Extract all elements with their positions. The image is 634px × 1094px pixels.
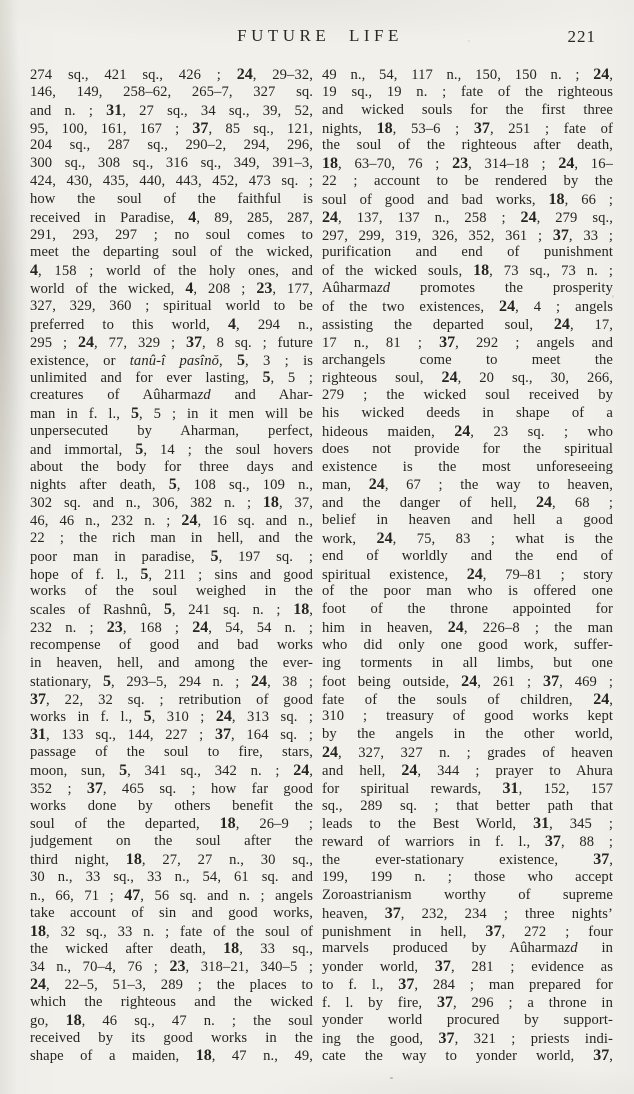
page-header: FUTURE LIFE 221 [30, 26, 610, 48]
index-text-line: 291, 293, 297 ; no soul comes to [30, 227, 313, 245]
index-text-line: 300 sq., 308 sq., 316 sq., 349, 391–3, [30, 155, 313, 173]
index-text-line: third night, 18, 27, 27 n., 30 sq., [30, 851, 313, 869]
index-text-line: 46, 46 n., 232 n. ; 24, 16 sq. and n., [30, 512, 313, 530]
index-text-line: assisting the departed soul, 24, 17, [322, 316, 613, 334]
index-text-line: judgement on the soul after the [30, 833, 313, 851]
index-text-line: to f. l., 37, 284 ; man prepared for [322, 976, 613, 994]
index-text-line: 34 n., 70–4, 76 ; 23, 318–21, 340–5 ; [30, 958, 313, 976]
index-text-line: hideous maiden, 24, 23 sq. ; who [322, 423, 613, 441]
index-text-line: 204 sq., 287 sq., 290–2, 294, 296, [30, 137, 313, 155]
index-text-line: belief in heaven and hell a good [322, 512, 613, 530]
index-text-line: Aûharmazd promotes the prosperity [322, 280, 613, 298]
index-text-line: 274 sq., 421 sq., 426 ; 24, 29–32, [30, 66, 313, 84]
index-text-line: existence, or tanû-î pasînŏ, 5, 3 ; is [30, 352, 313, 370]
index-text-line: reward of warriors in f. l., 37, 88 ; [322, 833, 613, 851]
index-text-line: go, 18, 46 sq., 47 n. ; the soul [30, 1012, 313, 1030]
index-text-line: 49 n., 54, 117 n., 150, 150 n. ; 24, [322, 66, 613, 84]
index-text-line: 22 ; the rich man in hell, and the [30, 530, 313, 548]
index-text-line: existence is the most unforeseeing [322, 459, 613, 477]
index-text-line: 146, 149, 258–62, 265–7, 327 sq. [30, 84, 313, 102]
index-text-line: and immortal, 5, 14 ; the soul hovers [30, 441, 313, 459]
index-text-line: 327, 329, 360 ; spiritual world to be [30, 298, 313, 316]
index-text-line: 24, 137, 137 n., 258 ; 24, 279 sq., [322, 209, 613, 227]
index-text-line: 352 ; 37, 465 sq. ; how far good [30, 780, 313, 798]
index-text-line: stationary, 5, 293–5, 294 n. ; 24, 38 ; [30, 673, 313, 691]
index-text-line: preferred to this world, 4, 294 n., [30, 316, 313, 334]
index-text-line: 24, 327, 327 n. ; grades of heaven [322, 744, 613, 762]
index-text-line: poor man in paradise, 5, 197 sq. ; [30, 548, 313, 566]
index-text-line: passage of the soul to fire, stars, [30, 744, 313, 762]
index-text-line: of the wicked souls, 18, 73 sq., 73 n. ; [322, 262, 613, 280]
index-text-line: and the danger of hell, 24, 68 ; [322, 494, 613, 512]
index-text-line: 424, 430, 435, 440, 443, 452, 473 sq. ; [30, 173, 313, 191]
index-text-line: how the soul of the faithful is [30, 191, 313, 209]
index-text-line: the soul of the righteous after death, [322, 137, 613, 155]
index-text-line: the ever-stationary existence, 37, [322, 851, 613, 869]
book-page: FUTURE LIFE 221 274 sq., 421 sq., 426 ; … [0, 0, 634, 1094]
index-text-line: does not provide for the spiritual [322, 441, 613, 459]
index-text-line: works in f. l., 5, 310 ; 24, 313 sq. ; [30, 708, 313, 726]
index-text-line: ing torments in all limbs, but one [322, 655, 613, 673]
index-text-line: 31, 133 sq., 144, 227 ; 37, 164 sq. ; [30, 726, 313, 744]
index-text-line: the wicked after death, 18, 33 sq., [30, 940, 313, 958]
index-text-line: 17 n., 81 ; 37, 292 ; angels and [322, 334, 613, 352]
index-text-line: hope of f. l., 5, 211 ; sins and good [30, 566, 313, 584]
index-text-line: fate of the souls of children, 24, [322, 691, 613, 709]
index-text-line: of the poor man who is offered one [322, 583, 613, 601]
index-text-line: nights, 18, 53–6 ; 37, 251 ; fate of [322, 120, 613, 138]
index-text-line: n., 66, 71 ; 47, 56 sq. and n. ; angels [30, 887, 313, 905]
index-text-line: man in f. l., 5, 5 ; in it men will be [30, 405, 313, 423]
index-text-line: 232 n. ; 23, 168 ; 24, 54, 54 n. ; [30, 619, 313, 637]
index-text-line: 199, 199 n. ; those who accept [322, 869, 613, 887]
index-text-line: meet the departing soul of the wicked, [30, 244, 313, 262]
index-column-left: 274 sq., 421 sq., 426 ; 24, 29–32,146, 1… [30, 66, 313, 1065]
index-text-line: f. l. by fire, 37, 296 ; a throne in [322, 994, 613, 1012]
index-text-line: of the two existences, 24, 4 ; angels [322, 298, 613, 316]
index-text-line: works done by others benefit the [30, 798, 313, 816]
index-text-line: and wicked souls for the first three [322, 102, 613, 120]
index-text-line: world of the wicked, 4, 208 ; 23, 177, [30, 280, 313, 298]
index-text-line: Zoroastrianism worthy of supreme [322, 887, 613, 905]
index-text-line: take account of sin and good works, [30, 905, 313, 923]
index-text-line: ing the good, 37, 321 ; priests indi- [322, 1030, 613, 1048]
index-text-line: end of worldly and the end of [322, 548, 613, 566]
index-text-line: about the body for three days and [30, 459, 313, 477]
index-text-line: 18, 63–70, 76 ; 23, 314–18 ; 24, 16– [322, 155, 613, 173]
index-text-line: 302 sq. and n., 306, 382 n. ; 18, 37, [30, 494, 313, 512]
index-text-line: 279 ; the wicked soul received by [322, 387, 613, 405]
index-text-line: 297, 299, 319, 326, 352, 361 ; 37, 33 ; [322, 227, 613, 245]
index-text-line: works of the soul weighed in the [30, 583, 313, 601]
index-text-line: 295 ; 24, 77, 329 ; 37, 8 sq. ; future [30, 334, 313, 352]
index-text-line: purification and end of punishment [322, 244, 613, 262]
index-text-line: archangels come to meet the [322, 352, 613, 370]
index-text-line: yonder world, 37, 281 ; evidence as [322, 958, 613, 976]
index-text-line: recompense of good and bad works [30, 637, 313, 655]
index-text-line: nights after death, 5, 108 sq., 109 n., [30, 476, 313, 494]
index-text-line: 22 ; account to be rendered by the [322, 173, 613, 191]
index-text-line: creatures of Aûharmazd and Ahar- [30, 387, 313, 405]
index-text-line: who did only one good work, suffer- [322, 637, 613, 655]
index-text-line: shape of a maiden, 18, 47 n., 49, [30, 1047, 313, 1065]
index-text-line: received by its good works in the [30, 1030, 313, 1048]
index-text-line: spiritual existence, 24, 79–81 ; story [322, 566, 613, 584]
page-number: 221 [568, 27, 597, 47]
index-text-line: scales of Rashnû, 5, 241 sq. n. ; 18, [30, 601, 313, 619]
index-text-line: soul of good and bad works, 18, 66 ; [322, 191, 613, 209]
index-text-line: sq., 289 sq. ; that better path that [322, 798, 613, 816]
index-text-line: 4, 158 ; world of the holy ones, and [30, 262, 313, 280]
index-text-line: foot of the throne appointed for [322, 601, 613, 619]
index-text-line: 24, 22–5, 51–3, 289 ; the places to [30, 976, 313, 994]
index-text-line: man, 24, 67 ; the way to heaven, [322, 476, 613, 494]
index-text-line: punishment in hell, 37, 272 ; four [322, 923, 613, 941]
index-text-line: unpersecuted by Aharman, perfect, [30, 423, 313, 441]
index-text-line: and n. ; 31, 27 sq., 34 sq., 39, 52, [30, 102, 313, 120]
index-text-line: in heaven, hell, and among the ever- [30, 655, 313, 673]
index-text-line: soul of the departed, 18, 26–9 ; [30, 815, 313, 833]
index-text-line: 30 n., 33 sq., 33 n., 54, 61 sq. and [30, 869, 313, 887]
index-text-line: cate the way to yonder world, 37, [322, 1047, 613, 1065]
index-text-line: 19 sq., 19 n. ; fate of the righteous [322, 84, 613, 102]
index-text-line: heaven, 37, 232, 234 ; three nights’ [322, 905, 613, 923]
index-text-line: 37, 22, 32 sq. ; retribution of good [30, 691, 313, 709]
index-text-line: 310 ; treasury of good works kept [322, 708, 613, 726]
index-column-right: 49 n., 54, 117 n., 150, 150 n. ; 24,19 s… [322, 66, 613, 1065]
index-text-line: for spiritual rewards, 31, 152, 157 [322, 780, 613, 798]
index-text-line: and hell, 24, 344 ; prayer to Ahura [322, 762, 613, 780]
index-text-line: leads to the Best World, 31, 345 ; [322, 815, 613, 833]
index-text-line: moon, sun, 5, 341 sq., 342 n. ; 24, [30, 762, 313, 780]
index-text-line: received in Paradise, 4, 89, 285, 287, [30, 209, 313, 227]
index-text-line: marvels produced by Aûharmazd in [322, 940, 613, 958]
index-text-line: 95, 100, 161, 167 ; 37, 85 sq., 121, [30, 120, 313, 138]
index-text-line: work, 24, 75, 83 ; what is the [322, 530, 613, 548]
running-title: FUTURE LIFE [30, 26, 610, 46]
index-text-line: him in heaven, 24, 226–8 ; the man [322, 619, 613, 637]
index-text-line: foot being outside, 24, 261 ; 37, 469 ; [322, 673, 613, 691]
index-text-line: 18, 32 sq., 33 n. ; fate of the soul of [30, 923, 313, 941]
index-text-line: righteous soul, 24, 20 sq., 30, 266, [322, 369, 613, 387]
scan-speck [390, 1077, 393, 1079]
index-text-line: which the righteous and the wicked [30, 994, 313, 1012]
index-text-line: by the angels in the other world, [322, 726, 613, 744]
index-text-line: yonder world procured by support- [322, 1012, 613, 1030]
index-text-line: unlimited and for ever lasting, 5, 5 ; [30, 369, 313, 387]
index-text-line: his wicked deeds in shape of a [322, 405, 613, 423]
